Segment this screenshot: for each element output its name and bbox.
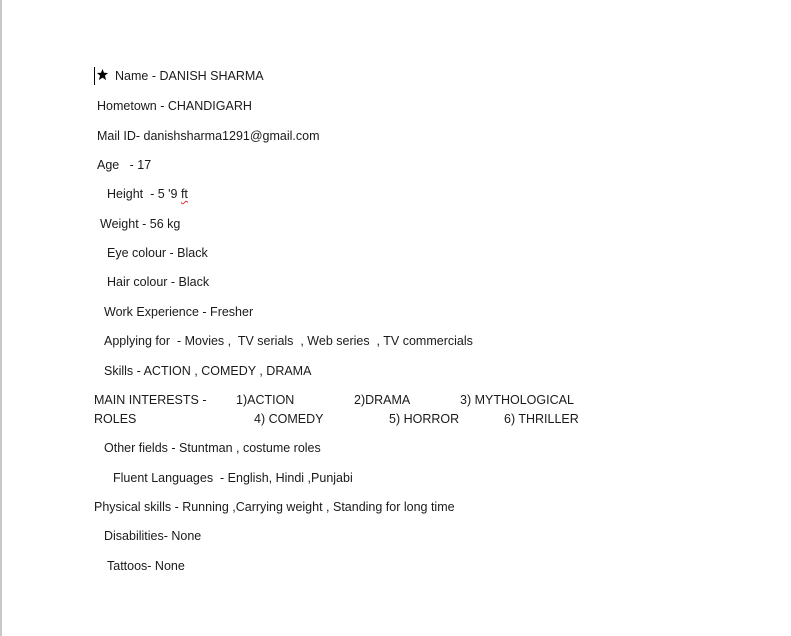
interest-item: 6) THRILLER xyxy=(504,411,579,427)
star-bullet-icon xyxy=(96,68,109,82)
main-interests-label: MAIN INTERESTS - xyxy=(94,392,207,408)
weight-line: Weight - 56 kg xyxy=(100,216,180,232)
interest-item: 2)DRAMA xyxy=(354,392,410,408)
hometown-line: Hometown - CHANDIGARH xyxy=(97,98,252,114)
interest-item: 5) HORROR xyxy=(389,411,459,427)
age-line: Age - 17 xyxy=(97,157,151,173)
tattoos-line: Tattoos- None xyxy=(107,558,185,574)
interest-item: 3) MYTHOLOGICAL xyxy=(460,392,574,408)
text-cursor xyxy=(94,67,95,85)
other-fields-line: Other fields - Stuntman , costume roles xyxy=(104,440,321,456)
mail-line: Mail ID- danishsharma1291@gmail.com xyxy=(97,128,320,144)
skills-line: Skills - ACTION , COMEDY , DRAMA xyxy=(104,363,311,379)
eye-colour-line: Eye colour - Black xyxy=(107,245,208,261)
height-unit-misspelled: ft xyxy=(181,187,188,201)
fluent-languages-line: Fluent Languages - English, Hindi ,Punja… xyxy=(113,470,353,486)
work-experience-line: Work Experience - Fresher xyxy=(104,304,253,320)
disabilities-line: Disabilities- None xyxy=(104,528,201,544)
name-line: Name - DANISH SHARMA xyxy=(115,68,264,84)
height-line: Height - 5 '9 ft xyxy=(107,186,188,202)
physical-skills-line: Physical skills - Running ,Carrying weig… xyxy=(94,499,455,515)
interest-item: 4) COMEDY xyxy=(254,411,323,427)
applying-for-line: Applying for - Movies , TV serials , Web… xyxy=(104,333,473,349)
main-interests-label-roles: ROLES xyxy=(94,411,136,427)
hair-colour-line: Hair colour - Black xyxy=(107,274,209,290)
page-edge xyxy=(0,0,2,636)
interest-item: 1)ACTION xyxy=(236,392,294,408)
height-value: Height - 5 '9 xyxy=(107,187,181,201)
